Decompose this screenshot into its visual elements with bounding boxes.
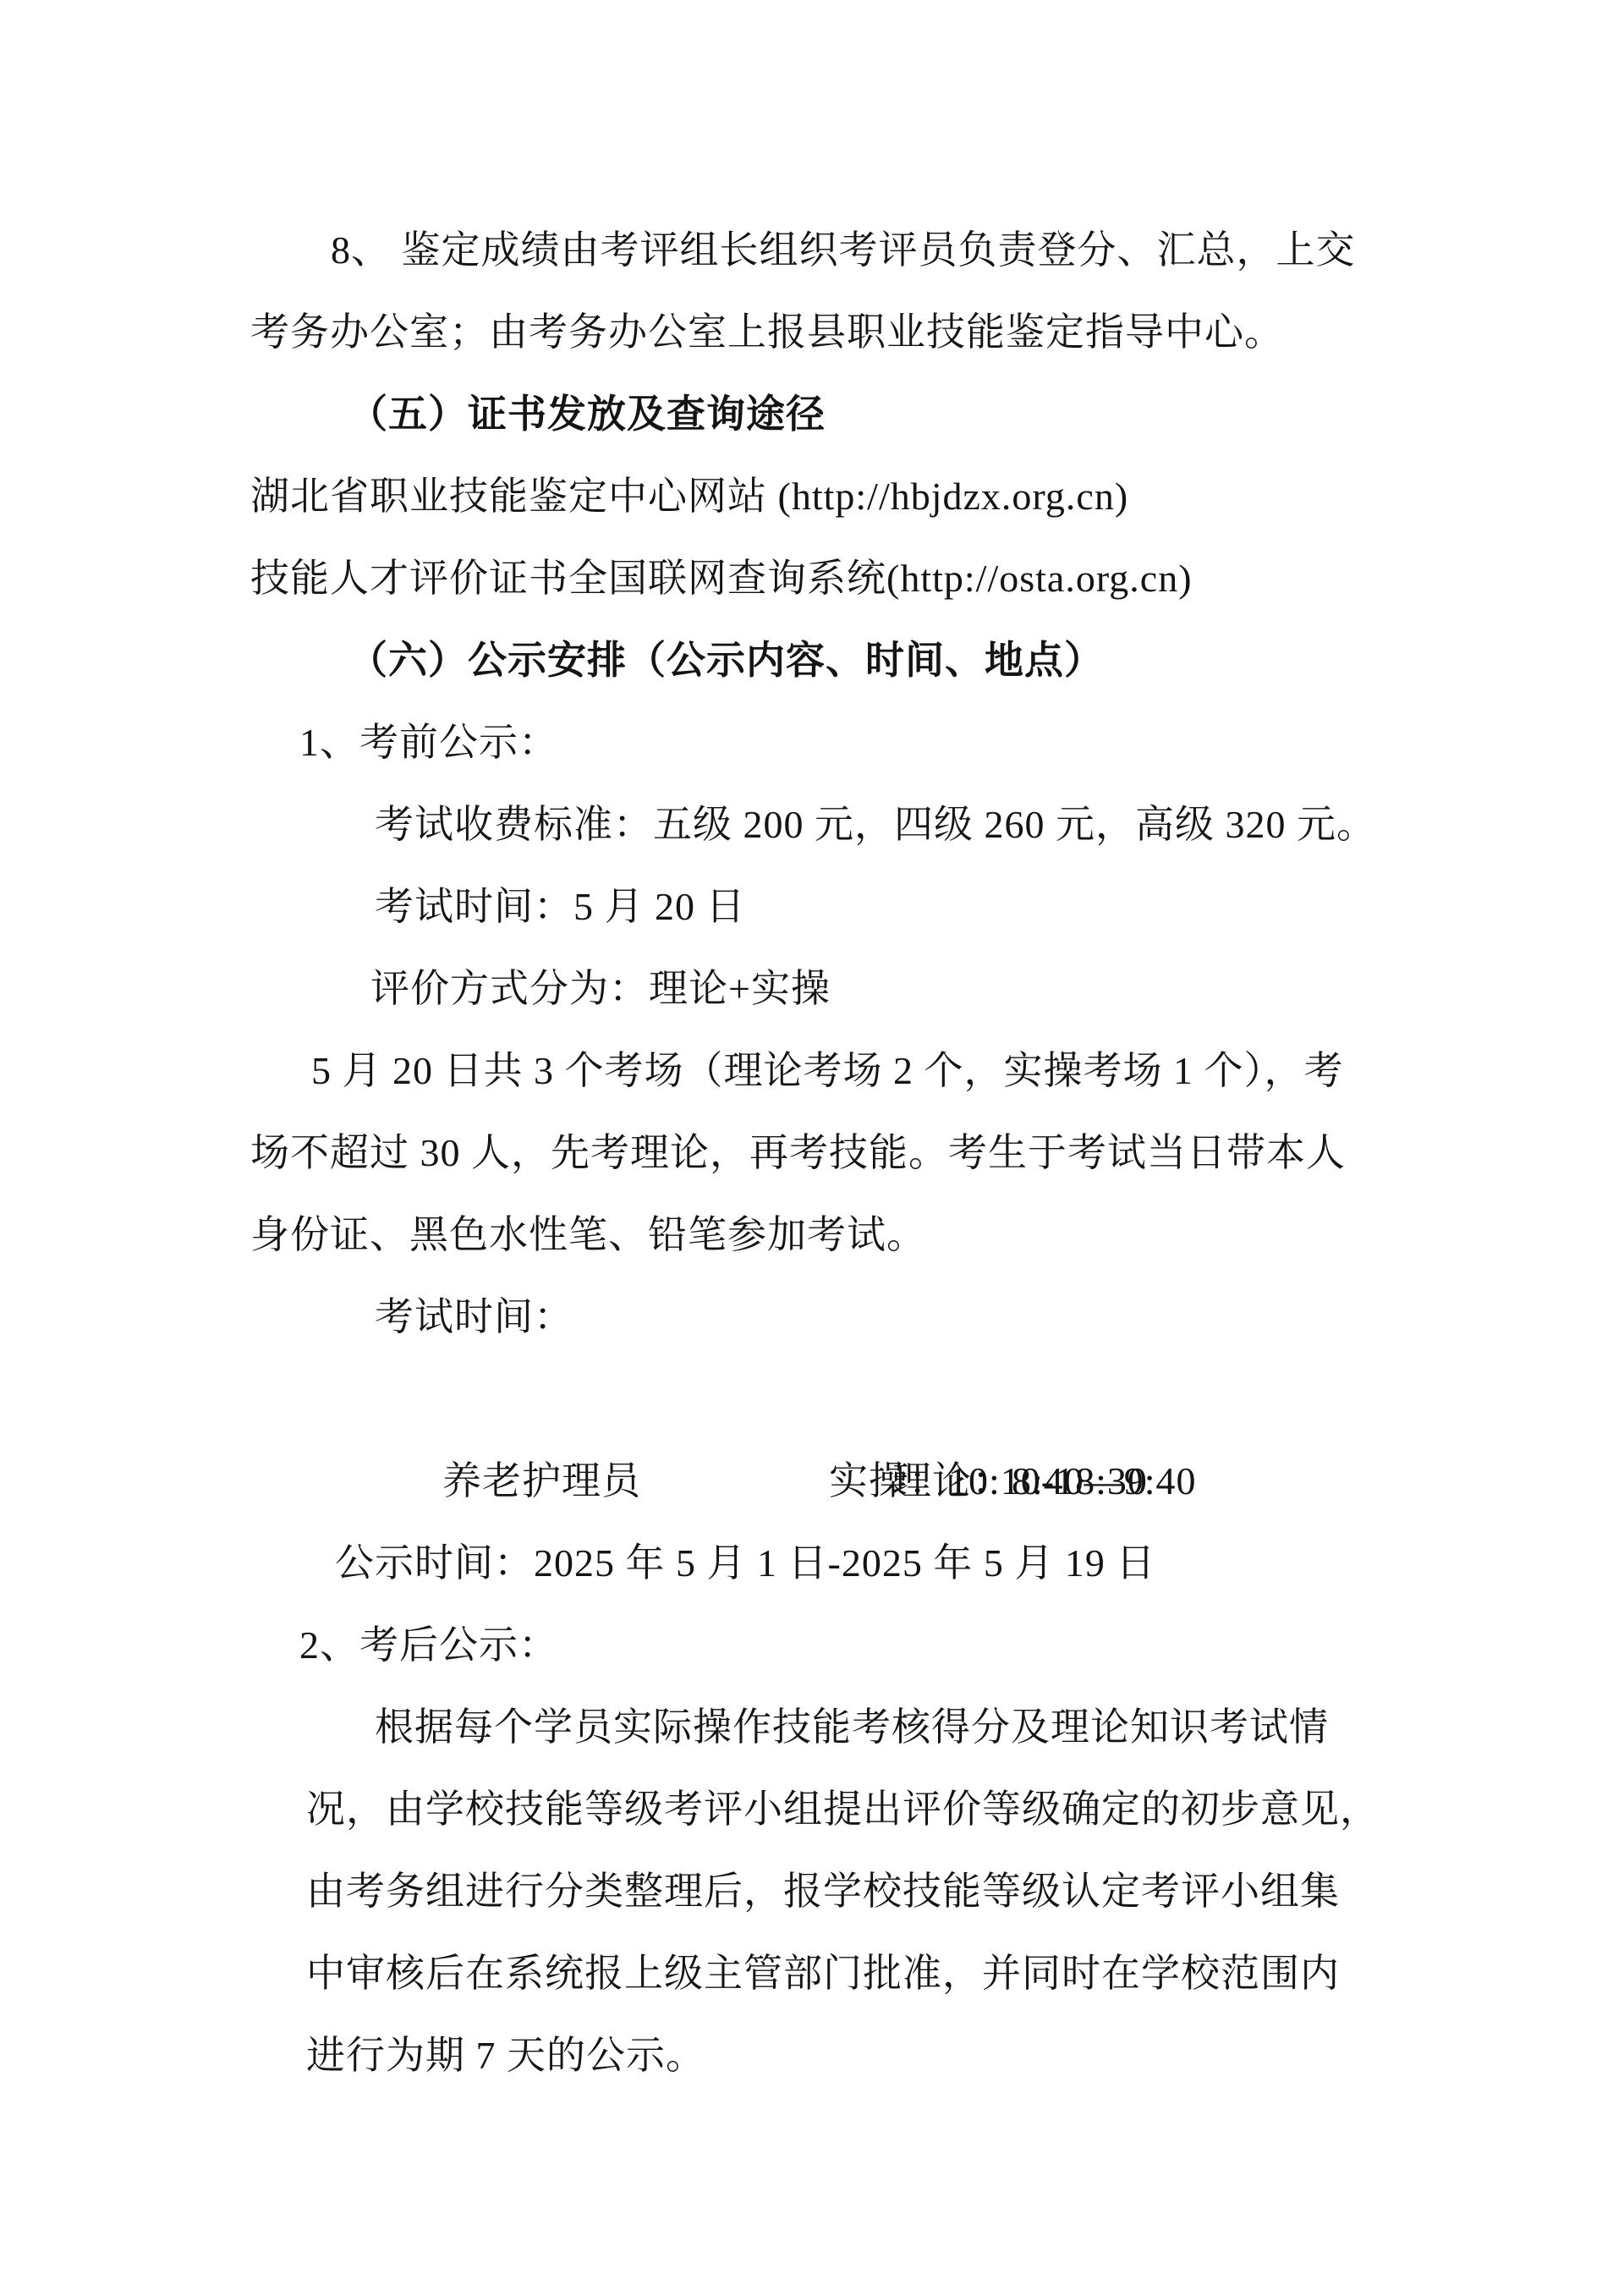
exam-date-line: 考试时间：5 月 20 日 [375, 865, 1401, 948]
occupation-name: 养老护理员 [442, 1440, 892, 1522]
practice-time: 实操：10:10-18:30 [829, 1440, 1401, 1522]
url-hbjdzx-line: 湖北省职业技能鉴定中心网站 (http://hbjdzx.org.cn) [250, 455, 1401, 537]
heading-section-5-certificate-issuance: （五）证书发放及查询途径 [348, 373, 1401, 455]
post-exam-para-line-1: 根据每个学员实际操作技能考核得分及理论知识考试情 [375, 1686, 1401, 1768]
schedule-row: 养老护理员理论：8:40—9:40 [379, 1358, 1401, 1440]
item-pre-exam-publicity: 1、考前公示： [299, 701, 1401, 783]
document-page: 8、 鉴定成绩由考评组长组织考评员负责登分、汇总，上交 考务办公室；由考务办公室… [0, 0, 1624, 2296]
post-exam-para-line-2: 况，由学校技能等级考评小组提出评价等级确定的初步意见， [306, 1768, 1401, 1850]
para-8-line-1: 8、 鉴定成绩由考评组长组织考评员负责登分、汇总，上交 [331, 209, 1401, 291]
post-exam-para-line-5: 进行为期 7 天的公示。 [306, 2014, 1401, 2096]
url-osta-line: 技能人才评价证书全国联网查询系统(http://osta.org.cn) [250, 537, 1401, 619]
exam-time-label: 考试时间： [375, 1276, 1401, 1358]
exam-fee-line: 考试收费标准：五级 200 元，四级 260 元，高级 320 元。 [375, 783, 1401, 865]
publicity-period-line: 公示时间：2025 年 5 月 1 日-2025 年 5 月 19 日 [335, 1522, 1401, 1604]
evaluation-method-line: 评价方式分为：理论+实操 [370, 948, 1401, 1030]
para-8-line-2: 考务办公室；由考务办公室上报县职业技能鉴定指导中心。 [250, 291, 1401, 373]
exam-rooms-line-3: 身份证、黑色水性笔、铅笔参加考试。 [250, 1194, 1401, 1276]
exam-rooms-line-1: 5 月 20 日共 3 个考场（理论考场 2 个，实操考场 1 个），考 [311, 1030, 1401, 1112]
document-body: 8、 鉴定成绩由考评组长组织考评员负责登分、汇总，上交 考务办公室；由考务办公室… [250, 209, 1401, 2096]
post-exam-para-line-3: 由考务组进行分类整理后，报学校技能等级认定考评小组集 [306, 1850, 1401, 1932]
heading-section-6-publicity-arrangement: （六）公示安排（公示内容、时间、地点） [348, 619, 1401, 701]
item-post-exam-publicity: 2、考后公示： [299, 1604, 1401, 1686]
exam-rooms-line-2: 场不超过 30 人，先考理论，再考技能。考生于考试当日带本人 [250, 1112, 1401, 1194]
post-exam-para-line-4: 中审核后在系统报上级主管部门批准，并同时在学校范围内 [306, 1932, 1401, 2014]
